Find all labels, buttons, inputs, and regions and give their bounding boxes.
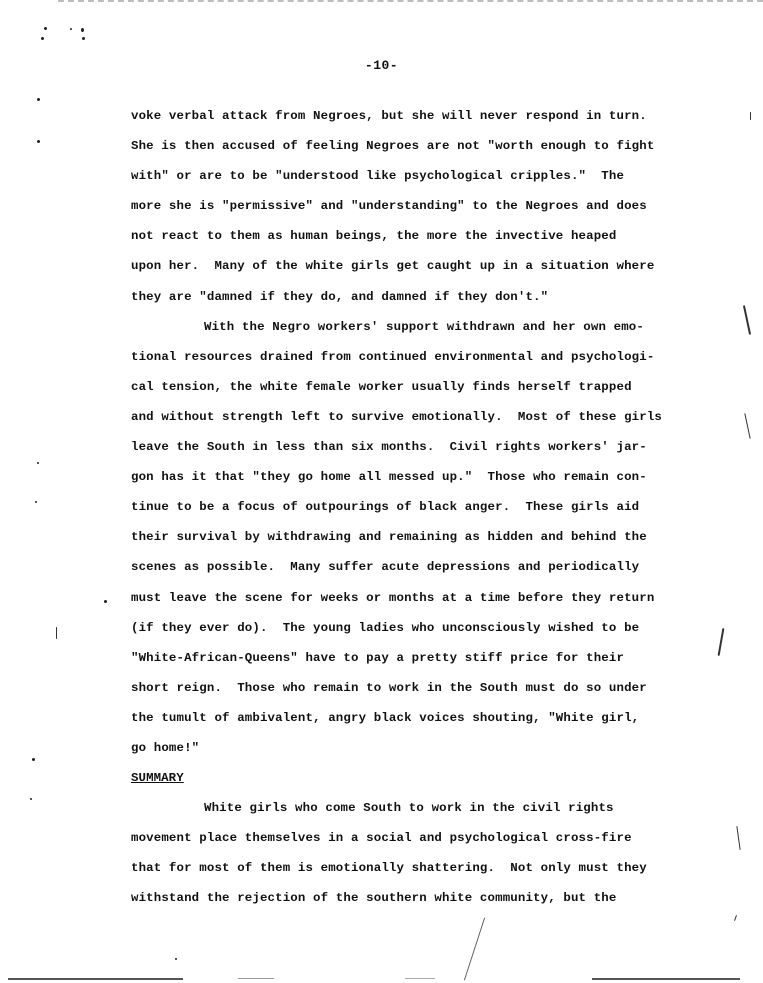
text-line: cal tension, the white female worker usu… bbox=[131, 376, 666, 406]
text-line: tional resources drained from continued … bbox=[131, 346, 666, 376]
page-number: -10- bbox=[0, 58, 763, 73]
document-page: -10- voke verbal attack from Negroes, bu… bbox=[0, 0, 763, 983]
paragraph-2: With the Negro workers' support withdraw… bbox=[131, 316, 666, 767]
page-bottom-edge bbox=[8, 978, 183, 980]
scan-speck bbox=[104, 600, 107, 603]
text-line: "White-African-Queens" have to pay a pre… bbox=[131, 647, 666, 677]
scan-speck bbox=[37, 140, 40, 143]
text-line: scenes as possible. Many suffer acute de… bbox=[131, 556, 666, 586]
scan-mark bbox=[56, 627, 57, 639]
text-line: their survival by withdrawing and remain… bbox=[131, 526, 666, 556]
scan-speck bbox=[175, 958, 177, 960]
scan-speck bbox=[82, 37, 85, 40]
margin-mark bbox=[734, 915, 737, 921]
scan-speck bbox=[37, 98, 40, 101]
text-line: upon her. Many of the white girls get ca… bbox=[131, 255, 666, 285]
scan-speck bbox=[81, 28, 84, 32]
text-line: leave the South in less than six months.… bbox=[131, 436, 666, 466]
text-line: short reign. Those who remain to work in… bbox=[131, 677, 666, 707]
text-line: must leave the scene for weeks or months… bbox=[131, 587, 666, 617]
body-text: voke verbal attack from Negroes, but she… bbox=[131, 105, 666, 917]
paragraph-1: voke verbal attack from Negroes, but she… bbox=[131, 105, 666, 316]
margin-mark bbox=[743, 305, 751, 335]
text-line: they are "damned if they do, and damned … bbox=[131, 286, 666, 316]
page-bottom-edge bbox=[238, 978, 274, 979]
text-line: White girls who come South to work in th… bbox=[131, 797, 666, 827]
margin-mark bbox=[744, 413, 750, 439]
margin-mark bbox=[464, 917, 485, 980]
text-line: with" or are to be "understood like psyc… bbox=[131, 165, 666, 195]
text-line: that for most of them is emotionally sha… bbox=[131, 857, 666, 887]
margin-mark bbox=[718, 628, 725, 656]
scan-speck bbox=[32, 758, 35, 761]
scan-speck bbox=[44, 27, 47, 30]
scan-speck bbox=[41, 37, 44, 40]
scan-speck bbox=[30, 798, 32, 800]
text-line: tinue to be a focus of outpourings of bl… bbox=[131, 496, 666, 526]
margin-mark bbox=[736, 826, 740, 850]
text-line: more she is "permissive" and "understand… bbox=[131, 195, 666, 225]
text-line: movement place themselves in a social an… bbox=[131, 827, 666, 857]
margin-mark bbox=[750, 112, 751, 120]
text-line: not react to them as human beings, the m… bbox=[131, 225, 666, 255]
page-bottom-edge bbox=[405, 978, 435, 979]
scan-speck bbox=[37, 462, 39, 464]
text-line: go home!" bbox=[131, 737, 666, 767]
section-heading-summary: SUMMARY bbox=[131, 767, 666, 797]
text-line: gon has it that "they go home all messed… bbox=[131, 466, 666, 496]
text-line: and without strength left to survive emo… bbox=[131, 406, 666, 436]
text-line: She is then accused of feeling Negroes a… bbox=[131, 135, 666, 165]
page-bottom-edge bbox=[592, 978, 740, 980]
text-line: the tumult of ambivalent, angry black vo… bbox=[131, 707, 666, 737]
scan-speck bbox=[35, 501, 37, 503]
page-top-edge bbox=[58, 0, 763, 2]
text-line: With the Negro workers' support withdraw… bbox=[131, 316, 666, 346]
text-line: withstand the rejection of the southern … bbox=[131, 887, 666, 917]
scan-speck bbox=[70, 28, 72, 30]
text-line: (if they ever do). The young ladies who … bbox=[131, 617, 666, 647]
text-line: voke verbal attack from Negroes, but she… bbox=[131, 105, 666, 135]
paragraph-summary: White girls who come South to work in th… bbox=[131, 797, 666, 917]
